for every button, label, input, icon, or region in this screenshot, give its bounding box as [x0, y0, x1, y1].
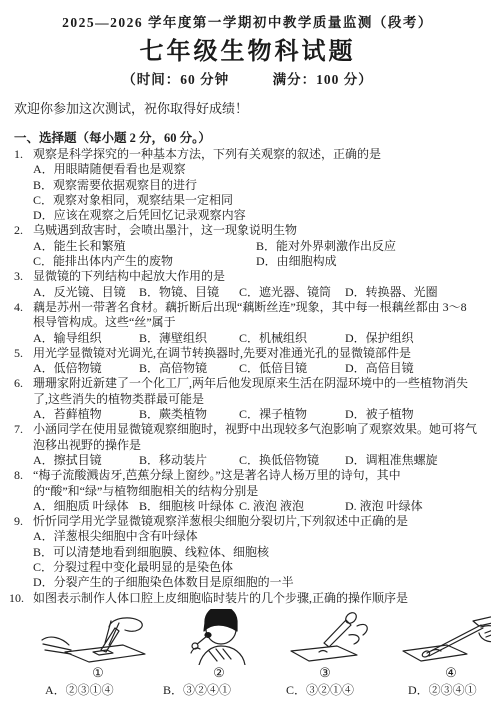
question-number: 10.: [9, 591, 24, 606]
option-a: A．细胞质 叶绿体: [33, 499, 139, 514]
option-a: A．输导组织: [33, 331, 139, 346]
question-6: 6.珊珊家附近新建了一个化工厂,两年后他发现原来生活在阴湿环境中的一些植物消失了…: [14, 376, 481, 422]
option-b: B．移动装片: [139, 453, 239, 468]
figure-step-label: ④: [393, 666, 491, 680]
option-c: C．分裂过程中变化最明显的是染色体: [33, 560, 481, 575]
option-d: D．应该在观察之后凭回忆记录观察内容: [33, 208, 481, 223]
option-d: D．保护组织: [345, 331, 481, 346]
options: A．②③①④ B．③②④① C．③②①④ D．②③④①: [33, 683, 481, 698]
option-c: C．换低倍物镜: [239, 453, 345, 468]
question-9: 9.忻忻同学用光学显微镜观察洋葱根尖细胞分裂切片,下列叙述中正确的是 A．洋葱根…: [14, 514, 481, 590]
smear-slide-illustration: [393, 613, 491, 665]
question-7: 7.小涵同学在使用显微镜观察细胞时，视野中出现较多气泡影响了观察效果。她可将气泡…: [14, 422, 481, 468]
question-stem: 7.小涵同学在使用显微镜观察细胞时，视野中出现较多气泡影响了观察效果。她可将气泡…: [33, 422, 481, 453]
option-a: A．能生长和繁殖: [33, 239, 256, 254]
question-3: 3.显微镜的下列结构中起放大作用的是 A．反光镜、目镜 B．物镜、目镜 C．遮光…: [14, 269, 481, 300]
option-d: D. 液泡 叶绿体: [345, 499, 481, 514]
section-heading: 一、选择题（每小题 2 分，60 分。）: [14, 130, 481, 146]
option-d: D．调粗准焦螺旋: [345, 453, 481, 468]
question-number: 2.: [14, 223, 23, 238]
question-stem: 5.用光学显微镜对光调光,在调节转换器时,先要对准通光孔的显微镜部件是: [33, 346, 481, 361]
question-stem: 1.观察是科学探究的一种基本方法，下列有关观察的叙述，正确的是: [33, 147, 481, 162]
question-4: 4.藕是苏州一带著名食材。藕折断后出现“藕断丝连”现象，其中每一根藕丝都由 3～…: [14, 300, 481, 346]
option-b: B．能对外界刺激作出反应: [256, 239, 481, 254]
dropper-slide-illustration: [277, 609, 373, 665]
option-b: B．高倍物镜: [139, 361, 239, 376]
question-stem: 8.“梅子流酸溅齿牙,芭蕉分绿上窗纱。”这是著名诗人杨万里的诗句，其中的“酸”和…: [33, 468, 481, 499]
option-c: C．遮光器、镜筒: [239, 285, 345, 300]
figure-step-3: ③: [277, 609, 373, 680]
question-5: 5.用光学显微镜对光调光,在调节转换器时,先要对准通光孔的显微镜部件是 A．低倍…: [14, 346, 481, 377]
option-a: A．②③①④: [45, 683, 163, 698]
option-c: C．能排出体内产生的废物: [33, 254, 256, 269]
figure-step-2: ②: [183, 609, 255, 680]
page-title: 七年级生物科试题: [14, 38, 481, 66]
question-text: 显微镜的下列结构中起放大作用的是: [33, 269, 225, 283]
question-text: 观察是科学探究的一种基本方法，下列有关观察的叙述，正确的是: [33, 147, 381, 161]
options: A．低倍物镜 B．高倍物镜 C．低倍目镜 D．高倍目镜: [33, 361, 481, 376]
cheek-swab-illustration: [183, 609, 255, 665]
question-1: 1.观察是科学探究的一种基本方法，下列有关观察的叙述，正确的是 A．用眼睛随便看…: [14, 147, 481, 223]
question-number: 5.: [14, 346, 23, 361]
option-c: C．裸子植物: [239, 407, 345, 422]
options: A．细胞质 叶绿体 B．细胞核 叶绿体 C. 液泡 液泡 D. 液泡 叶绿体: [33, 499, 481, 514]
option-d: D．②③④①: [408, 683, 481, 698]
option-d: D．分裂产生的子细胞染色体数目是原细胞的一半: [33, 575, 481, 590]
question-number: 6.: [14, 376, 23, 391]
question-text: 小涵同学在使用显微镜观察细胞时，视野中出现较多气泡影响了观察效果。她可将气泡移出…: [33, 422, 477, 451]
coverslip-placement-illustration: [39, 615, 157, 665]
question-8: 8.“梅子流酸溅齿牙,芭蕉分绿上窗纱。”这是著名诗人杨万里的诗句，其中的“酸”和…: [14, 468, 481, 514]
option-a: A．低倍物镜: [33, 361, 139, 376]
option-b: B．细胞核 叶绿体: [139, 499, 239, 514]
question-10-figure: ① ②: [33, 609, 481, 680]
question-text: 藕是苏州一带著名食材。藕折断后出现“藕断丝连”现象，其中每一根藕丝都由 3～8 …: [33, 300, 467, 329]
question-text: 如图表示制作人体口腔上皮细胞临时装片的几个步骤,正确的操作顺序是: [33, 591, 408, 605]
figure-step-label: ③: [277, 666, 373, 680]
question-stem: 6.珊珊家附近新建了一个化工厂,两年后他发现原来生活在阴湿环境中的一些植物消失了…: [33, 376, 481, 407]
question-number: 8.: [14, 468, 23, 483]
option-d: D．由细胞构成: [256, 254, 481, 269]
options: A．用眼睛随便看看也是观察 B．观察需要依据观察目的进行 C．观察对象相同，观察…: [33, 162, 481, 223]
options: A．擦拭目镜 B．移动装片 C．换低倍物镜 D．调粗准焦螺旋: [33, 453, 481, 468]
option-a: A．洋葱根尖细胞中含有叶绿体: [33, 529, 481, 544]
option-d: D．被子植物: [345, 407, 481, 422]
option-c: C．低倍目镜: [239, 361, 345, 376]
question-text: 乌贼遇到敌害时，会喷出墨汁，这一现象说明生物: [33, 223, 297, 237]
option-b: B．蕨类植物: [139, 407, 239, 422]
question-10: 10.如图表示制作人体口腔上皮细胞临时装片的几个步骤,正确的操作顺序是 ①: [14, 591, 481, 699]
figure-step-label: ②: [183, 666, 255, 680]
question-number: 1.: [14, 147, 23, 162]
option-c: C．观察对象相同，观察结果一定相同: [33, 193, 481, 208]
option-d: D．高倍目镜: [345, 361, 481, 376]
options: A．输导组织 B．薄壁组织 C．机械组织 D．保护组织: [33, 331, 481, 346]
option-d: D．转换器、光圈: [345, 285, 481, 300]
question-number: 3.: [14, 269, 23, 284]
question-stem: 9.忻忻同学用光学显微镜观察洋葱根尖细胞分裂切片,下列叙述中正确的是: [33, 514, 481, 529]
figure-step-4: ④: [393, 613, 491, 680]
question-number: 7.: [14, 422, 23, 437]
question-stem: 2.乌贼遇到敌害时，会喷出墨汁，这一现象说明生物: [33, 223, 481, 238]
question-2: 2.乌贼遇到敌害时，会喷出墨汁，这一现象说明生物 A．能生长和繁殖 B．能对外界…: [14, 223, 481, 269]
option-b: B．观察需要依据观察目的进行: [33, 178, 481, 193]
figure-step-1: ①: [39, 615, 157, 680]
question-text: 珊珊家附近新建了一个化工厂,两年后他发现原来生活在阴湿环境中的一些植物消失了,这…: [33, 376, 468, 405]
options: A．苔藓植物 B．蕨类植物 C．裸子植物 D．被子植物: [33, 407, 481, 422]
exam-time-score: （时间：60 分钟 满分：100 分）: [14, 71, 481, 88]
question-stem: 4.藕是苏州一带著名食材。藕折断后出现“藕断丝连”现象，其中每一根藕丝都由 3～…: [33, 300, 481, 331]
exam-session-title: 2025—2026 学年度第一学期初中教学质量监测（段考）: [14, 14, 481, 31]
question-number: 9.: [14, 514, 23, 529]
option-c: C．机械组织: [239, 331, 345, 346]
option-b: B．③②④①: [163, 683, 286, 698]
exam-page: 2025—2026 学年度第一学期初中教学质量监测（段考） 七年级生物科试题 （…: [0, 0, 491, 698]
options: A．反光镜、目镜 B．物镜、目镜 C．遮光器、镜筒 D．转换器、光圈: [33, 285, 481, 300]
option-a: A．苔藓植物: [33, 407, 139, 422]
option-b: B．物镜、目镜: [139, 285, 239, 300]
welcome-message: 欢迎你参加这次测试，祝你取得好成绩！: [14, 101, 481, 117]
option-c: C. 液泡 液泡: [239, 499, 345, 514]
option-b: B．可以清楚地看到细胞膜、线粒体、细胞核: [33, 545, 481, 560]
question-text: “梅子流酸溅齿牙,芭蕉分绿上窗纱。”这是著名诗人杨万里的诗句，其中的“酸”和“绿…: [33, 468, 401, 497]
option-c: C．③②①④: [286, 683, 408, 698]
question-text: 忻忻同学用光学显微镜观察洋葱根尖细胞分裂切片,下列叙述中正确的是: [33, 514, 408, 528]
options: A．能生长和繁殖 B．能对外界刺激作出反应 C．能排出体内产生的废物 D．由细胞…: [33, 239, 481, 270]
question-stem: 3.显微镜的下列结构中起放大作用的是: [33, 269, 481, 284]
option-a: A．反光镜、目镜: [33, 285, 139, 300]
option-a: A．擦拭目镜: [33, 453, 139, 468]
question-text: 用光学显微镜对光调光,在调节转换器时,先要对准通光孔的显微镜部件是: [33, 346, 411, 360]
figure-step-label: ①: [39, 666, 157, 680]
option-b: B．薄壁组织: [139, 331, 239, 346]
question-number: 4.: [14, 300, 23, 315]
question-stem: 10.如图表示制作人体口腔上皮细胞临时装片的几个步骤,正确的操作顺序是: [33, 591, 481, 606]
option-a: A．用眼睛随便看看也是观察: [33, 162, 481, 177]
options: A．洋葱根尖细胞中含有叶绿体 B．可以清楚地看到细胞膜、线粒体、细胞核 C．分裂…: [33, 529, 481, 590]
